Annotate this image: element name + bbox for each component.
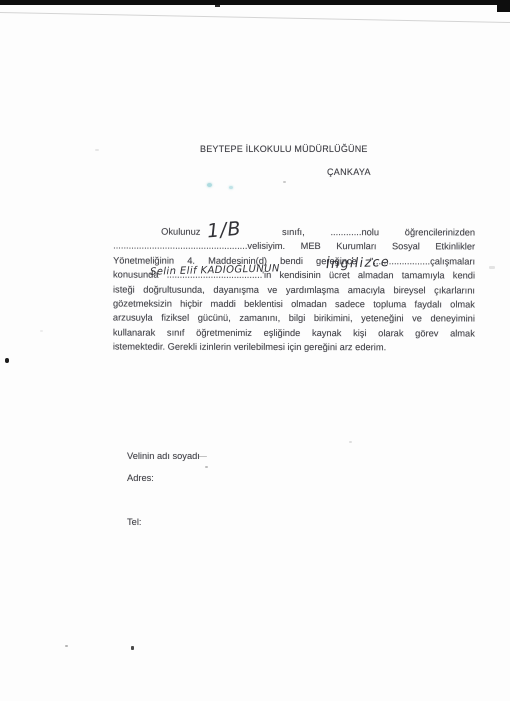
body-line-5: isteği doğrultusunda, dayanışma ve yardı… [113,282,475,297]
scan-top-black-bar [0,0,510,5]
handwritten-class-section: 1/B [206,218,242,243]
word-okulunuz: Okulunuz [161,225,200,240]
body-line-6: gözetmeksizin hiçbir maddi beklentisi ol… [113,297,475,312]
phone-label: Tel: [127,517,141,527]
scan-dash-mark [199,456,207,457]
scan-speck [283,181,286,183]
scan-speck-cyan [229,186,233,189]
scan-speck-cyan [207,183,212,187]
dotted-nolu: ............nolu [330,225,379,240]
scan-speck [489,266,495,269]
body-line-2: ........................................… [113,239,475,254]
scan-speck [349,441,352,443]
scan-top-right-notch [497,0,510,12]
body-line-8: kullanarak sınıf öğretmenimiz eşliğinde … [113,325,475,340]
scan-speck [131,646,134,650]
body-line-7: arzusuyla fiziksel gücünü, zamanını, bil… [113,311,475,326]
scan-speck [95,149,99,151]
address-label: Adres: [127,473,154,483]
paper-edge-line [0,12,510,23]
letter-city: ÇANKAYA [327,167,371,177]
letter-recipient: BEYTEPE İLKOKULU MÜDÜRLÜĞÜNE [200,144,368,154]
scan-speck [65,645,68,647]
parent-name-label: Velinin adı soyadı [127,451,200,461]
body-line-1: Okulunuz sınıfı, ............nolu öğrenc… [113,225,475,240]
scanned-letter-page: BEYTEPE İLKOKULU MÜDÜRLÜĞÜNE ÇANKAYA Oku… [0,0,510,701]
letter-body: Okulunuz sınıfı, ............nolu öğrenc… [113,225,475,356]
body-line-9: istemektedir. Gerekli izinlerin verilebi… [113,340,475,355]
scan-speck [205,466,208,468]
word-sinifi: sınıfı, [282,225,305,239]
scan-speck [5,358,9,363]
handwritten-subject: İngilizce [326,255,390,272]
scan-top-bar-bump [215,5,220,7]
word-ogrencilerinizden: öğrencilerinizden [405,225,475,240]
scan-speck [40,330,43,332]
